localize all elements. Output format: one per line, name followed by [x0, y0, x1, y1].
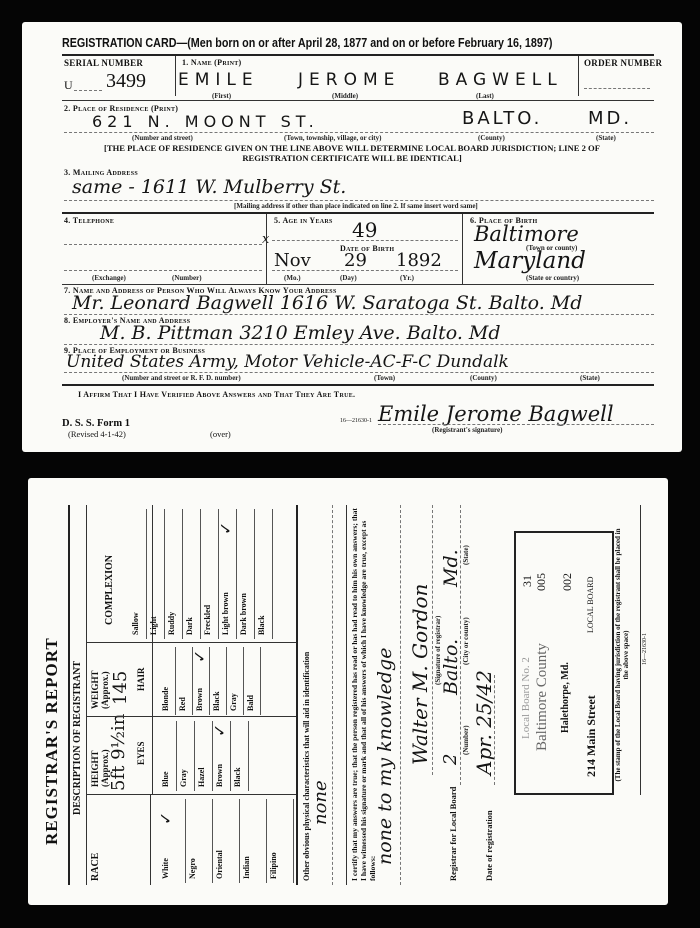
affirm-statement: I Affirm That I Have Verified Above Answ… [78, 390, 355, 399]
day-sublabel: (Day) [340, 274, 357, 282]
weight-label: WEIGHT (Approx.) [90, 669, 110, 709]
complexion-label: COMPLEXION [104, 555, 115, 625]
street-rfd-sublabel: (Number and street or R. F. D. number) [122, 374, 241, 382]
street-sublabel: (Number and street) [132, 134, 193, 142]
hair-option: Blonde [161, 687, 170, 711]
eyes-label: EYES [136, 741, 146, 765]
contact-value: Mr. Leonard Bagwell 1616 W. Saratoga St.… [72, 292, 582, 314]
residence-city: BALTO. [462, 108, 542, 129]
registrars-report-title: REGISTRAR'S REPORT [42, 637, 62, 845]
age-value: 49 [352, 218, 377, 242]
check-mark-icon: ✓ [156, 812, 175, 825]
mailing-address: same - 1611 W. Mulberry St. [72, 176, 346, 198]
stamp-note: (The stamp of the Local Board having jur… [614, 525, 630, 785]
order-number-label: ORDER NUMBER [584, 58, 662, 68]
other-characteristics-value: none [310, 780, 331, 825]
back-print-code: 16—21630-1 [642, 633, 648, 665]
registrant-signature: Emile Jerome Bagwell [378, 402, 614, 426]
stamp-line4: 214 Main Street [584, 695, 599, 777]
birthplace-town: Baltimore [474, 222, 579, 246]
height-value: 5ft 9½in [108, 714, 129, 791]
other-characteristics-label: Other obvious physical characteristics t… [302, 652, 311, 881]
residence-note: [THE PLACE OF RESIDENCE GIVEN ON THE LIN… [102, 143, 602, 163]
hair-option: Black [212, 691, 221, 711]
check-mark-icon: ✓ [190, 650, 209, 663]
county-sublabel: (County) [478, 134, 505, 142]
last-sublabel: (Last) [476, 92, 494, 100]
first-name: EMILE [178, 70, 259, 90]
eyes-option: Brown [215, 764, 224, 787]
eyes-option: Black [233, 767, 242, 787]
race-option: White [161, 858, 170, 879]
mailing-sublabel: [Mailing address if other than place ind… [234, 202, 478, 210]
local-board-stamp: Local Board No. 2 Baltimore County Halet… [514, 531, 614, 795]
state-country-sublabel: (State or country) [526, 274, 579, 282]
complexion-option: Dark brown [239, 593, 248, 635]
stamp-line1: Local Board No. 2 [520, 657, 532, 739]
description-title: DESCRIPTION OF REGISTRANT [72, 661, 83, 815]
town-sublabel: (Town, township, village, or city) [284, 134, 381, 142]
state-sublabel: (State) [596, 134, 616, 142]
date-of-registration-value: Apr. 25/42 [472, 670, 496, 775]
middle-sublabel: (Middle) [332, 92, 358, 100]
hair-option: Brown [195, 688, 204, 711]
date-of-registration-label: Date of registration [484, 810, 494, 881]
stamp-board-word: LOCAL BOARD [586, 577, 595, 633]
eyes-option: Gray [179, 769, 188, 787]
emp-town-sublabel: (Town) [374, 374, 395, 382]
race-option: Indian [242, 856, 251, 879]
stamp-code-2: 005 [534, 573, 549, 591]
hair-option: Gray [229, 693, 238, 711]
check-mark-icon: ✓ [216, 522, 235, 535]
telephone-label: 4. Telephone [64, 216, 114, 225]
certify-exceptions: none to my knowledge [374, 648, 396, 865]
registrars-report-back: REGISTRAR'S REPORT DESCRIPTION OF REGIST… [28, 478, 668, 905]
number-sublabel: (Number) [172, 274, 202, 282]
serial-number-label: SERIAL NUMBER [64, 58, 143, 68]
serial-number: 3499 [106, 70, 146, 93]
complexion-option: Light [149, 616, 158, 635]
stamp-line2: Baltimore County [534, 643, 551, 751]
card-title: REGISTRATION CARD—(Men born on or after … [62, 36, 552, 50]
print-code: 16—21630-1 [340, 418, 372, 424]
stamp-line3: Halethorpe, Md. [560, 662, 571, 733]
stamp-code-3: 002 [560, 573, 575, 591]
form-revised: (Revised 4-1-42) [68, 429, 126, 439]
weight-value: 145 [110, 671, 131, 705]
complexion-option: Sallow [131, 612, 140, 635]
dob-month: Nov [274, 250, 311, 271]
registrar-board-number: 2 [440, 754, 461, 765]
hair-option: Bald [246, 695, 255, 711]
form-id: D. S. S. Form 1 [62, 418, 130, 429]
registrar-board-state: Md. [440, 549, 462, 587]
race-option: Oriental [215, 850, 224, 879]
board-number-sublabel: (Number) [462, 725, 470, 755]
stamp-code-1: 31 [520, 575, 535, 587]
registrar-board-city: Balto. [440, 639, 462, 695]
hair-option: Red [178, 697, 187, 711]
complexion-option: Dark [185, 617, 194, 635]
board-city-sublabel: (City or county) [462, 617, 470, 665]
complexion-option: Freckled [203, 605, 212, 635]
hair-label: HAIR [136, 667, 146, 691]
registration-card-front: REGISTRATION CARD—(Men born on or after … [22, 22, 682, 452]
name-label: 1. Name (Print) [182, 58, 242, 67]
age-label: 5. Age in Years [274, 216, 333, 225]
registrar-board-label: Registrar for Local Board [448, 787, 458, 881]
race-label: RACE [90, 853, 101, 881]
certify-statement: I certify that my answers are true; that… [350, 507, 377, 881]
year-sublabel: (Yr.) [400, 274, 414, 282]
signature-label: (Registrant's signature) [432, 426, 502, 434]
dob-year: 1892 [396, 250, 442, 271]
eyes-option: Blue [161, 771, 170, 787]
residence-state: MD. [588, 108, 632, 129]
check-mark-icon: ✓ [210, 724, 229, 737]
exchange-sublabel: (Exchange) [92, 274, 126, 282]
emp-state-sublabel: (State) [580, 374, 600, 382]
complexion-option: Ruddy [167, 612, 176, 635]
month-sublabel: (Mo.) [284, 274, 301, 282]
last-name: BAGWELL [438, 70, 563, 90]
race-option: Filipino [269, 852, 278, 879]
registrar-signature: Walter M. Gordon [408, 584, 432, 765]
height-label: HEIGHT (Approx.) [90, 747, 110, 787]
birthplace-state: Maryland [474, 248, 586, 274]
employer-value: M. B. Pittman 3210 Emley Ave. Balto. Md [100, 322, 501, 344]
emp-county-sublabel: (County) [470, 374, 497, 382]
complexion-option: Black [257, 615, 266, 635]
complexion-option: Light brown [221, 592, 230, 635]
race-option: Negro [188, 858, 197, 879]
employment-value: United States Army, Motor Vehicle-AC-F-C… [66, 352, 509, 372]
serial-prefix: U [64, 78, 73, 93]
board-state-sublabel: (State) [462, 545, 470, 565]
first-sublabel: (First) [212, 92, 231, 100]
residence-street: 621 N. MOONT ST. [92, 112, 319, 131]
eyes-option: Hazel [197, 767, 206, 787]
middle-name: JEROME [298, 70, 400, 90]
dob-day: 29 [344, 250, 367, 271]
over-note: (over) [210, 429, 231, 439]
